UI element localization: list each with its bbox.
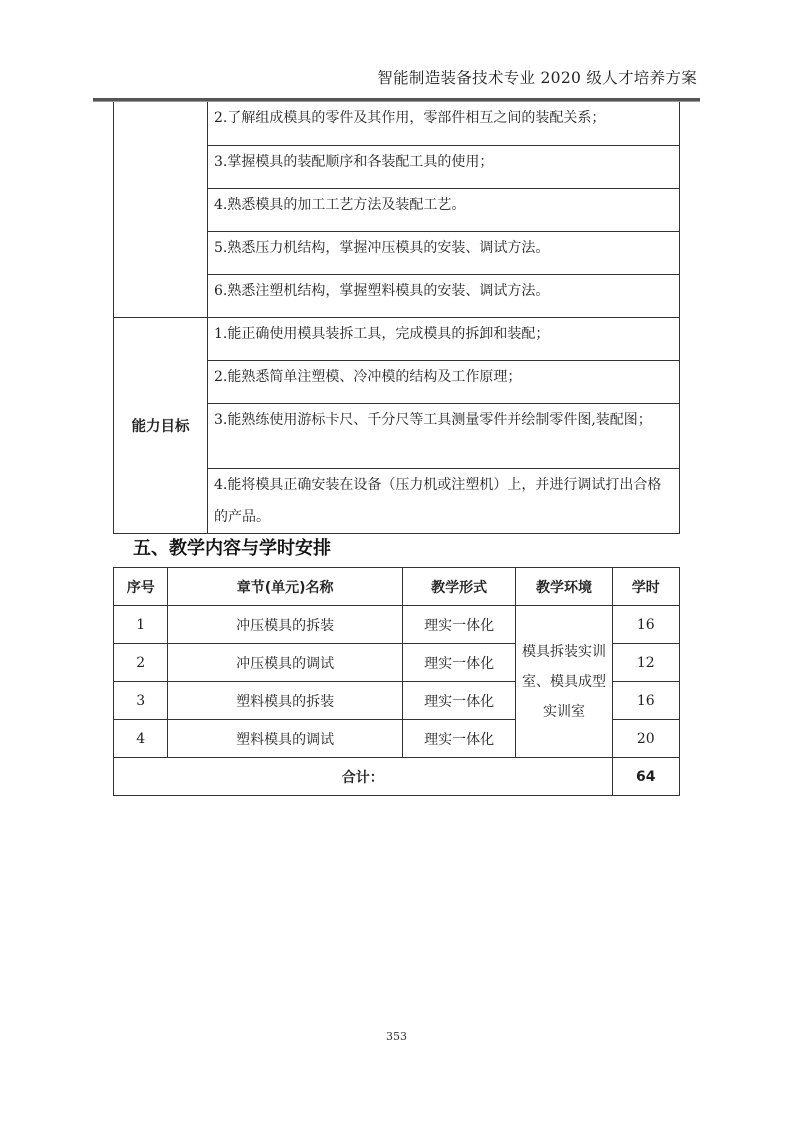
objective-item: 4.熟悉模具的加工工艺方法及装配工艺。 [208,189,680,232]
page-number: 353 [0,1030,793,1043]
teaching-form: 理实一体化 [402,682,516,720]
teaching-form: 理实一体化 [402,720,516,758]
total-label: 合计： [114,758,613,796]
teaching-schedule-table: 序号 章节(单元)名称 教学形式 教学环境 学时 1 冲压模具的拆装 理实一体化… [113,567,680,796]
course-objectives-table: 2.了解组成模具的零件及其作用，零部件相互之间的装配关系； 3.掌握模具的装配顺… [113,102,680,534]
total-row: 合计： 64 [114,758,680,796]
ability-objectives-label: 能力目标 [114,318,208,534]
column-header-form: 教学形式 [402,568,516,606]
objective-item: 3.掌握模具的装配顺序和各装配工具的使用； [208,146,680,189]
row-number: 2 [114,644,168,682]
document-header-title: 智能制造装备技术专业 2020 级人才培养方案 [377,66,697,88]
column-header-chapter: 章节(单元)名称 [168,568,402,606]
hours: 16 [612,682,679,720]
column-header-number: 序号 [114,568,168,606]
column-header-hours: 学时 [612,568,679,606]
ability-item: 4.能将模具正确安装在设备（压力机或注塑机）上，并进行调试打出合格的产品。 [208,469,680,534]
knowledge-objectives-label-continued [114,102,208,318]
row-number: 3 [114,682,168,720]
ability-item: 1.能正确使用模具装拆工具，完成模具的拆卸和装配； [208,318,680,361]
teaching-environment: 模具拆装实训室、模具成型实训室 [516,606,612,758]
section-heading: 五、教学内容与学时安排 [133,534,331,560]
ability-item: 2.能熟悉简单注塑模、冷冲模的结构及工作原理； [208,361,680,404]
teaching-form: 理实一体化 [402,644,516,682]
total-hours: 64 [612,758,679,796]
chapter-name: 冲压模具的拆装 [168,606,402,644]
chapter-name: 塑料模具的拆装 [168,682,402,720]
hours: 16 [612,606,679,644]
column-header-environment: 教学环境 [516,568,612,606]
teaching-form: 理实一体化 [402,606,516,644]
objective-item: 2.了解组成模具的零件及其作用，零部件相互之间的装配关系； [208,102,680,146]
objective-item: 6.熟悉注塑机结构，掌握塑料模具的安装、调试方法。 [208,275,680,318]
table-row: 1 冲压模具的拆装 理实一体化 模具拆装实训室、模具成型实训室 16 [114,606,680,644]
objective-item: 5.熟悉压力机结构，掌握冲压模具的安装、调试方法。 [208,232,680,275]
row-number: 1 [114,606,168,644]
chapter-name: 塑料模具的调试 [168,720,402,758]
hours: 12 [612,644,679,682]
ability-item: 3.能熟练使用游标卡尺、千分尺等工具测量零件并绘制零件图,装配图； [208,404,680,469]
table-header-row: 序号 章节(单元)名称 教学形式 教学环境 学时 [114,568,680,606]
row-number: 4 [114,720,168,758]
hours: 20 [612,720,679,758]
chapter-name: 冲压模具的调试 [168,644,402,682]
